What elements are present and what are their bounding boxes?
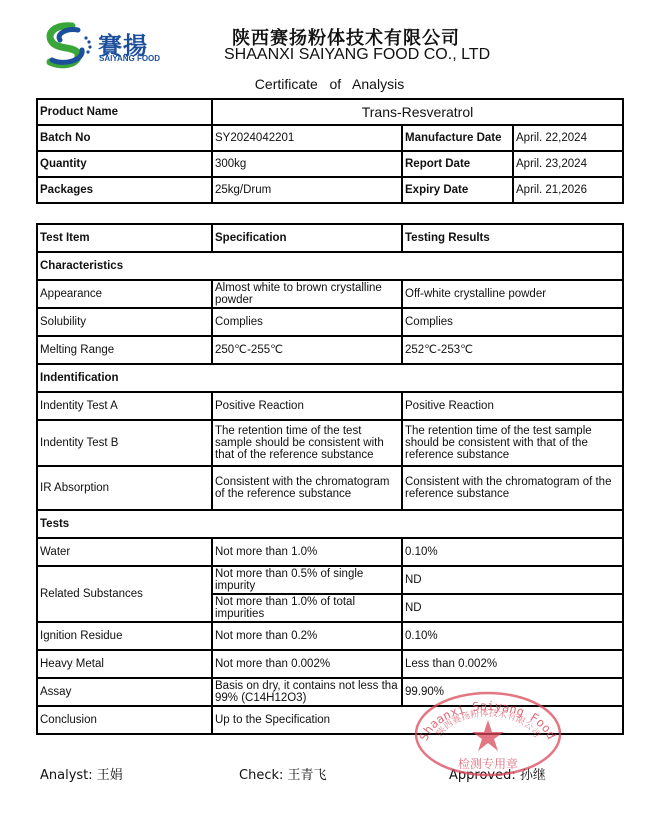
test-item: Appearance: [37, 280, 212, 308]
logo-english-text: SAIYANG FOOD: [99, 54, 160, 63]
table-row: Solubility Complies Complies: [37, 308, 623, 336]
specification: Not more than 1.0% of total impurities: [212, 594, 402, 622]
test-item: Assay: [37, 678, 212, 706]
result: Less than 0.002%: [402, 650, 623, 678]
table-row: Indentity Test B The retention time of t…: [37, 420, 623, 466]
test-item: Water: [37, 538, 212, 566]
batch-value: SY2024042201: [212, 125, 402, 151]
section-row: Tests: [37, 510, 623, 538]
company-stamp-icon: Shaanxi Saiyang Food Co., Ltd 陕西赛扬粉体技术有限…: [412, 690, 564, 778]
table-row: Melting Range 250℃-255℃ 252℃-253℃: [37, 336, 623, 364]
test-results-table: Test Item Specification Testing Results …: [36, 223, 624, 735]
section-characteristics: Characteristics: [37, 252, 623, 280]
result: The retention time of the test sample sh…: [402, 420, 623, 466]
table-row: Water Not more than 1.0% 0.10%: [37, 538, 623, 566]
quantity-label: Quantity: [37, 151, 212, 177]
analyst-signature: Analyst: 王娟: [40, 764, 123, 783]
table-row: Heavy Metal Not more than 0.002% Less th…: [37, 650, 623, 678]
result: 0.10%: [402, 538, 623, 566]
report-date-label: Report Date: [402, 151, 513, 177]
table-row: Quantity 300kg Report Date April. 23,202…: [37, 151, 623, 177]
result: ND: [402, 594, 623, 622]
test-item: Conclusion: [37, 706, 212, 734]
table-header-row: Test Item Specification Testing Results: [37, 224, 623, 252]
product-info-table: Product Name Trans-Resveratrol Batch No …: [36, 98, 624, 204]
document-title: Certificate of Analysis: [0, 76, 661, 92]
table-row: IR Absorption Consistent with the chroma…: [37, 466, 623, 510]
section-identification: Indentification: [37, 364, 623, 392]
test-item: Ignition Residue: [37, 622, 212, 650]
specification: Not more than 1.0%: [212, 538, 402, 566]
section-row: Indentification: [37, 364, 623, 392]
specification: Not more than 0.5% of single impurity: [212, 566, 402, 594]
result: 252℃-253℃: [402, 336, 623, 364]
specification: Complies: [212, 308, 402, 336]
report-date-value: April. 23,2024: [513, 151, 623, 177]
table-row: Product Name Trans-Resveratrol: [37, 99, 623, 125]
expiry-date-value: April. 21,2026: [513, 177, 623, 203]
result: Complies: [402, 308, 623, 336]
table-row: Appearance Almost white to brown crystal…: [37, 280, 623, 308]
specification: The retention time of the test sample sh…: [212, 420, 402, 466]
packages-label: Packages: [37, 177, 212, 203]
specification: Not more than 0.002%: [212, 650, 402, 678]
company-name-english: SHAANXI SAIYANG FOOD CO., LTD: [224, 46, 490, 64]
table-row: Ignition Residue Not more than 0.2% 0.10…: [37, 622, 623, 650]
table-row: Packages 25kg/Drum Expiry Date April. 21…: [37, 177, 623, 203]
specification: Almost white to brown crystalline powder: [212, 280, 402, 308]
test-item: Melting Range: [37, 336, 212, 364]
header-testing-results: Testing Results: [402, 224, 623, 252]
result: Consistent with the chromatogram of the …: [402, 466, 623, 510]
svg-text:检测专用章: 检测专用章: [458, 756, 518, 771]
section-row: Characteristics: [37, 252, 623, 280]
manufacture-date-label: Manufacture Date: [402, 125, 513, 151]
product-name-value: Trans-Resveratrol: [212, 99, 623, 125]
table-row: Indentity Test A Positive Reaction Posit…: [37, 392, 623, 420]
expiry-date-label: Expiry Date: [402, 177, 513, 203]
result: Positive Reaction: [402, 392, 623, 420]
table-row: Batch No SY2024042201 Manufacture Date A…: [37, 125, 623, 151]
test-item: Solubility: [37, 308, 212, 336]
test-item: Indentity Test B: [37, 420, 212, 466]
test-item: Heavy Metal: [37, 650, 212, 678]
header-specification: Specification: [212, 224, 402, 252]
packages-value: 25kg/Drum: [212, 177, 402, 203]
result: 0.10%: [402, 622, 623, 650]
test-item: Related Substances: [37, 566, 212, 622]
product-name-label: Product Name: [37, 99, 212, 125]
test-item: IR Absorption: [37, 466, 212, 510]
quantity-value: 300kg: [212, 151, 402, 177]
result: ND: [402, 566, 623, 594]
specification: Not more than 0.2%: [212, 622, 402, 650]
section-tests: Tests: [37, 510, 623, 538]
batch-label: Batch No: [37, 125, 212, 151]
table-row: Related Substances Not more than 0.5% of…: [37, 566, 623, 594]
specification: Positive Reaction: [212, 392, 402, 420]
check-signature: Check: 王青飞: [239, 764, 327, 783]
header-test-item: Test Item: [37, 224, 212, 252]
manufacture-date-value: April. 22,2024: [513, 125, 623, 151]
test-item: Indentity Test A: [37, 392, 212, 420]
specification: 250℃-255℃: [212, 336, 402, 364]
specification: Consistent with the chromatogram of the …: [212, 466, 402, 510]
specification: Basis on dry, it contains not less tha 9…: [212, 678, 402, 706]
result: Off-white crystalline powder: [402, 280, 623, 308]
